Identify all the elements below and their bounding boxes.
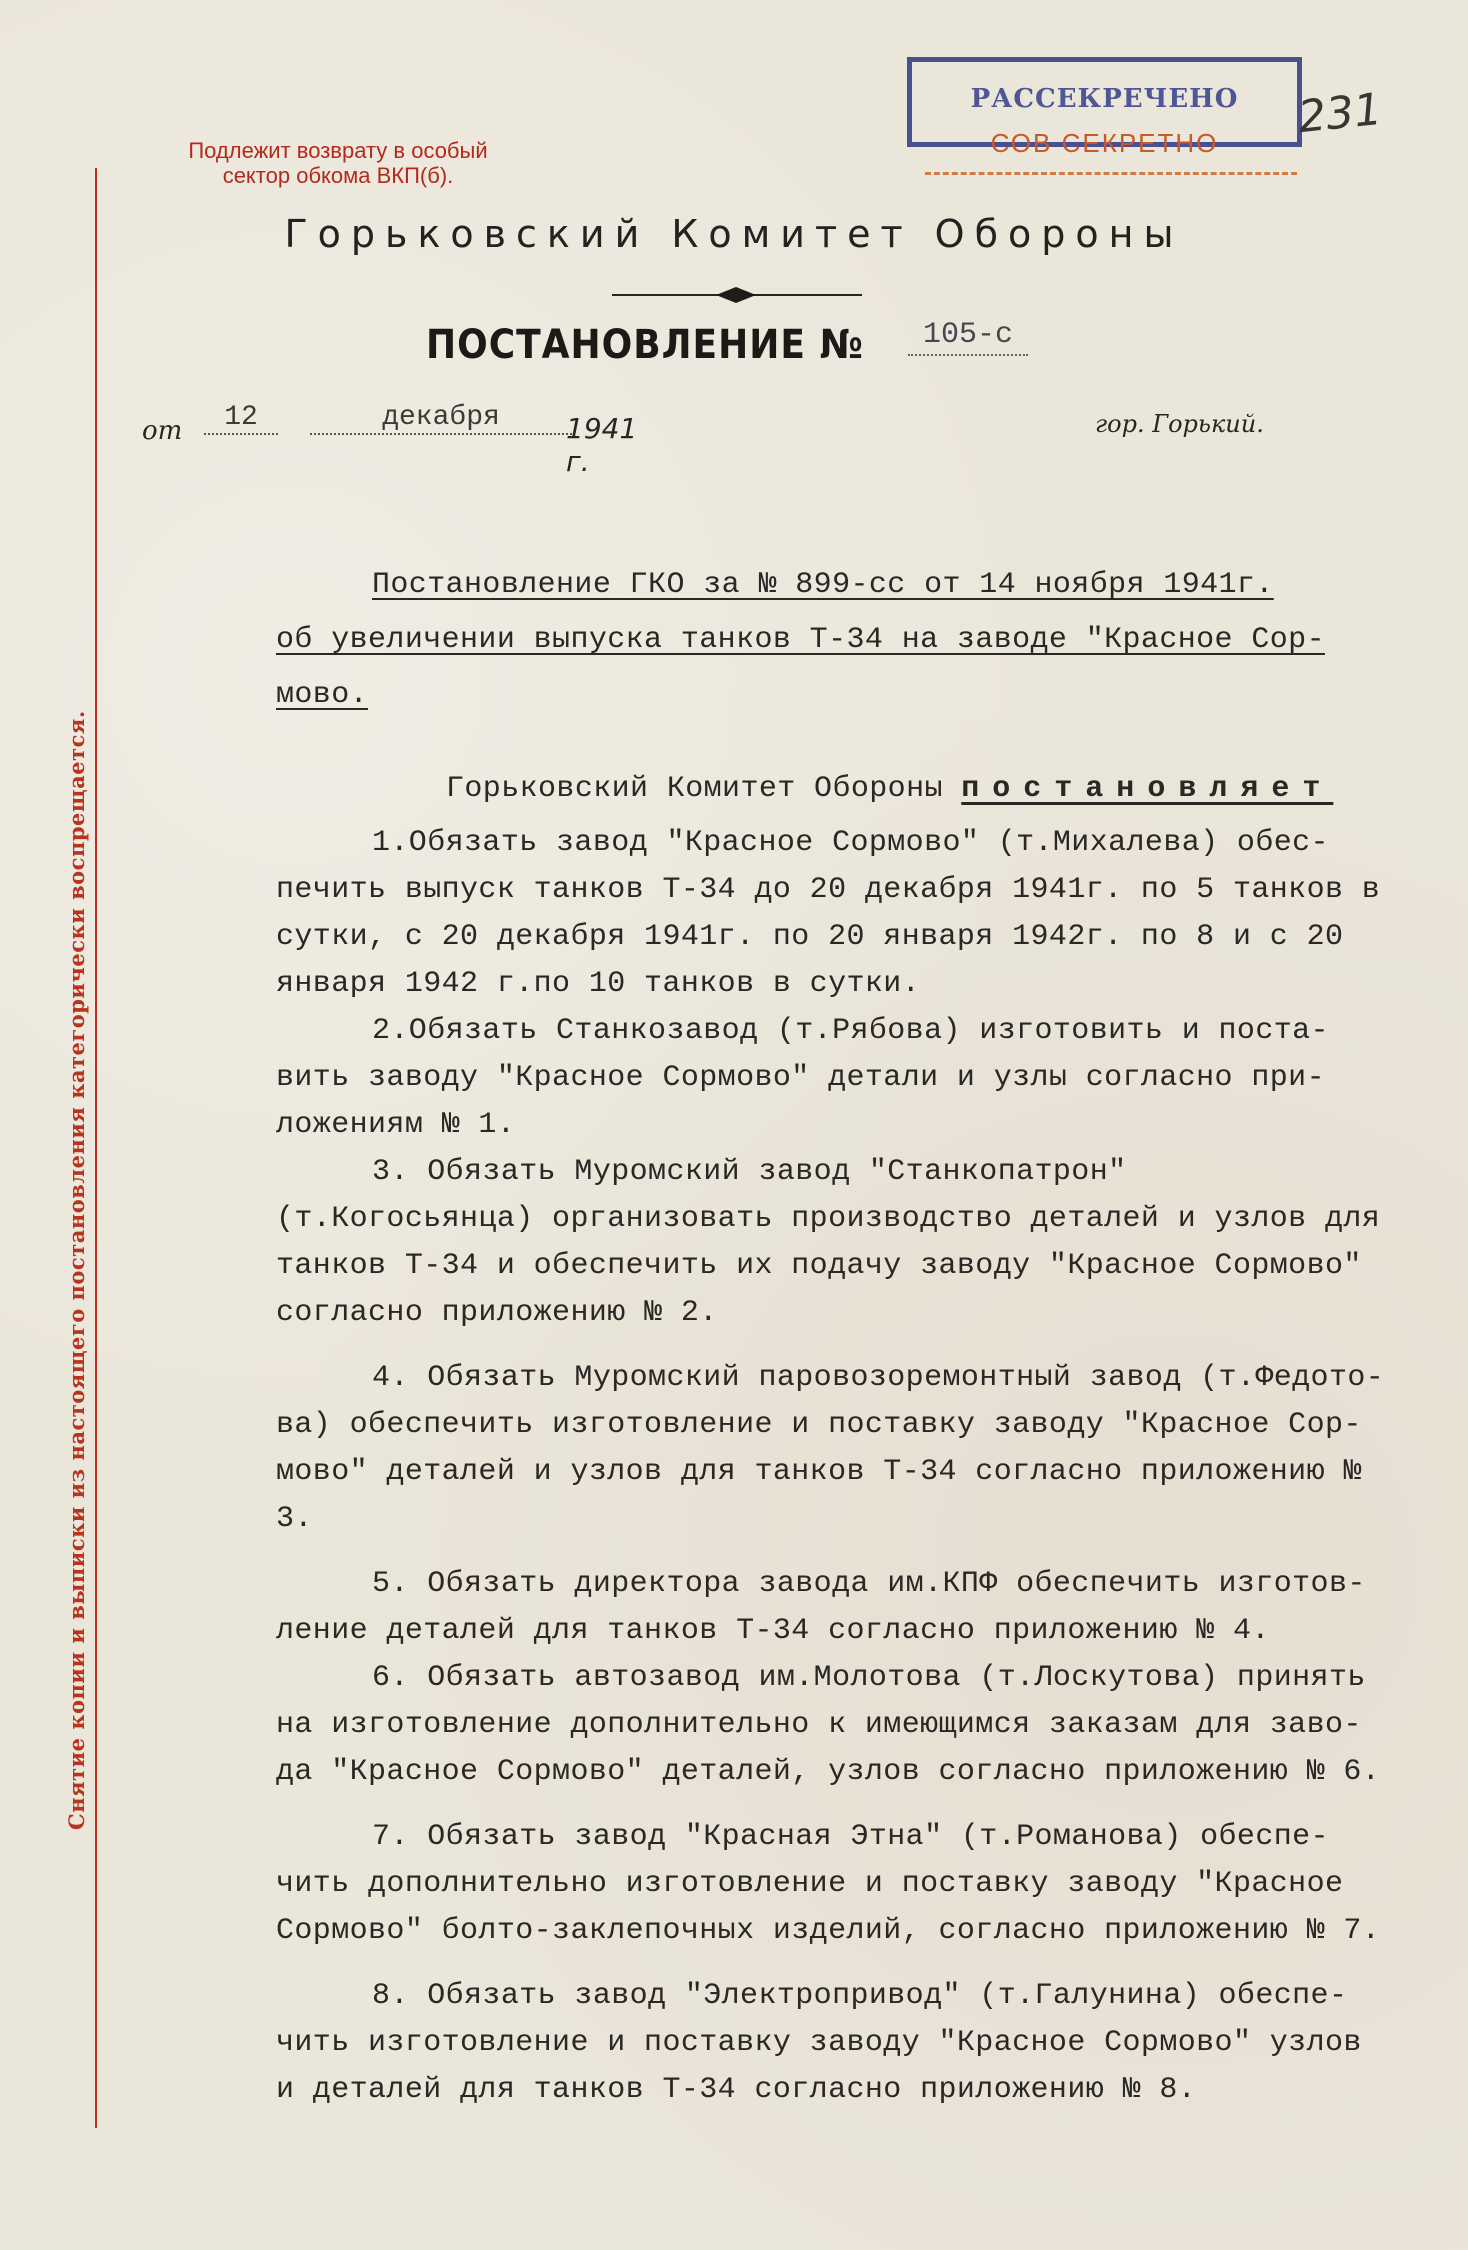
resolution-item: 4. Обязать Муромский паровозоремонтный з… — [276, 1355, 1396, 1543]
date-year: 1941 г. — [566, 412, 637, 478]
document-page: РАССЕКРЕЧЕНО СОВ СЕКРЕТНО 231 Подлежит в… — [0, 0, 1468, 2250]
subject-line-3: мово. — [276, 668, 1396, 723]
margin-rule — [95, 168, 97, 2128]
committee-title: Горьковский Комитет Обороны — [0, 212, 1468, 256]
resolution-item: 1.Обязать завод "Красное Сормово" (т.Мих… — [276, 820, 1396, 1008]
stamp-underline — [925, 172, 1297, 175]
resolution-item: 8. Обязать завод "Электропривод" (т.Галу… — [276, 1973, 1396, 2114]
resolution-subject: Постановление ГКО за № 899-сс от 14 нояб… — [276, 558, 1396, 723]
date-month: декабря — [310, 402, 572, 435]
resolution-items: 1.Обязать завод "Красное Сормово" (т.Мих… — [276, 820, 1396, 2114]
preamble-text: Горьковский Комитет Обороны — [446, 772, 943, 806]
return-notice: Подлежит возврату в особый сектор обкома… — [118, 138, 558, 188]
subject-line-2: об увеличении выпуска танков Т-34 на зав… — [276, 613, 1396, 668]
resolution-number: 105-с — [908, 318, 1028, 356]
resolution-item: 3. Обязать Муромский завод "Станкопатрон… — [276, 1149, 1396, 1337]
archive-sheet-number: 231 — [1296, 84, 1385, 143]
resolution-heading: ПОСТАНОВЛЕНИЕ № — [426, 322, 864, 368]
resolution-item: 2.Обязать Станкозавод (т.Рябова) изготов… — [276, 1008, 1396, 1149]
preamble: Горьковский Комитет Обороны постановляет — [276, 766, 1396, 813]
stamp-classification-text: СОВ СЕКРЕТНО — [907, 128, 1302, 159]
resolution-item: 7. Обязать завод "Красная Этна" (т.Роман… — [276, 1814, 1396, 1955]
date-day: 12 — [204, 402, 278, 435]
margin-copy-warning: Снятие копии и выписки из настоящего пос… — [64, 500, 89, 1830]
return-notice-line-2: сектор обкома ВКП(б). — [118, 163, 558, 188]
diamond-ornament-icon — [612, 285, 862, 305]
preamble-decides: постановляет — [961, 772, 1333, 806]
resolution-item: 6. Обязать автозавод им.Молотова (т.Лоск… — [276, 1655, 1396, 1796]
return-notice-line-1: Подлежит возврату в особый — [118, 138, 558, 163]
stamp-declassified-text: РАССЕКРЕЧЕНО — [912, 84, 1297, 114]
subject-line-1: Постановление ГКО за № 899-сс от 14 нояб… — [276, 558, 1396, 613]
city: гор. Горький. — [1095, 410, 1264, 438]
resolution-item: 5. Обязать директора завода им.КПФ обесп… — [276, 1561, 1396, 1655]
date-prefix: от — [142, 416, 182, 446]
